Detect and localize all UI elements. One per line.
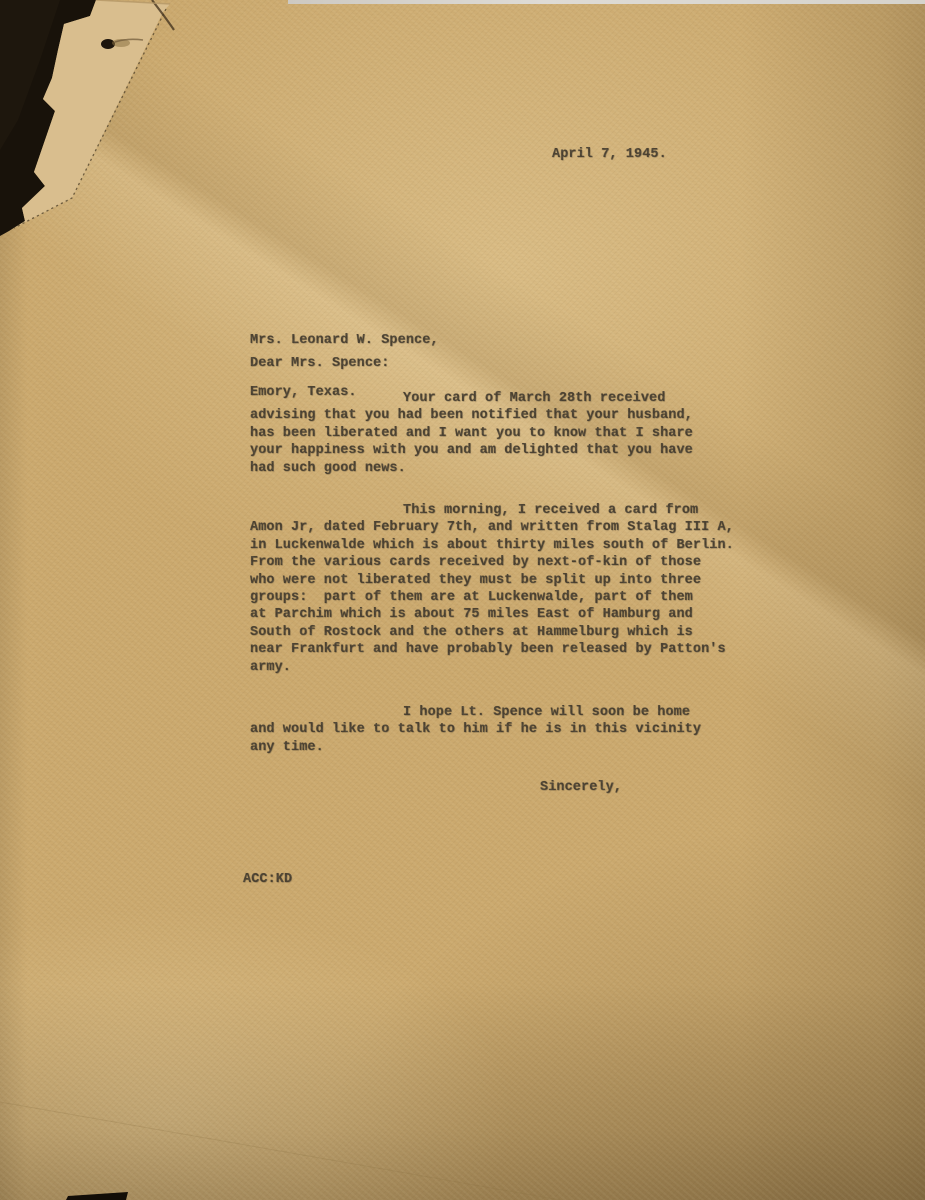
bottom-edge-mark [66,1192,128,1200]
scan-artifacts-layer [0,0,925,1200]
crease-line [0,1102,560,1200]
scanned-letter-page: { "document": { "type": "typewritten-let… [0,0,925,1200]
